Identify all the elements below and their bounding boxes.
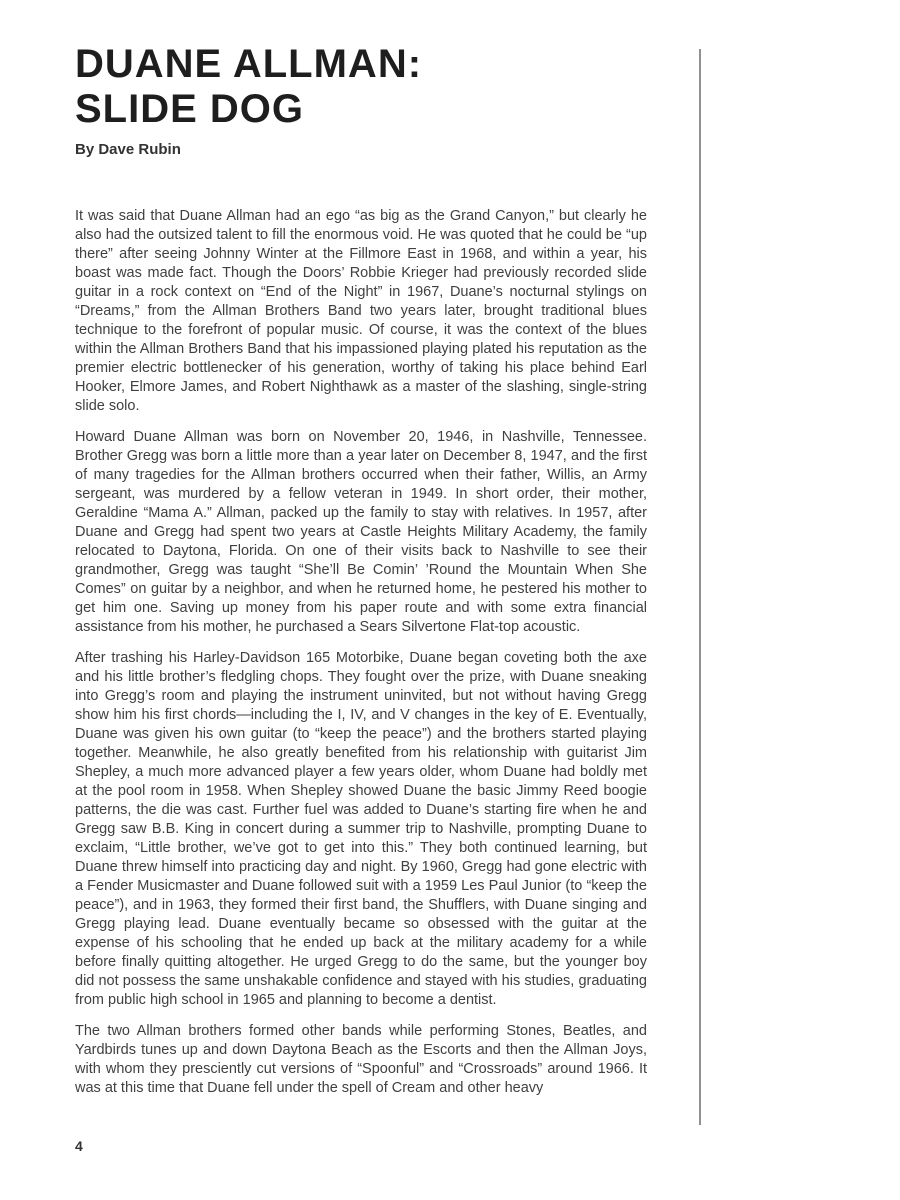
title-line-1: DUANE ALLMAN: <box>75 42 647 87</box>
article-body: It was said that Duane Allman had an ego… <box>75 207 647 1098</box>
article-content: DUANE ALLMAN: SLIDE DOG By Dave Rubin It… <box>75 42 647 1110</box>
byline: By Dave Rubin <box>75 141 647 158</box>
document-page: DUANE ALLMAN: SLIDE DOG By Dave Rubin It… <box>0 0 900 1200</box>
paragraph-4: The two Allman brothers formed other ban… <box>75 1022 647 1098</box>
paragraph-3: After trashing his Harley-Davidson 165 M… <box>75 649 647 1010</box>
article-title: DUANE ALLMAN: SLIDE DOG <box>75 42 647 132</box>
paragraph-2: Howard Duane Allman was born on November… <box>75 428 647 637</box>
page-number: 4 <box>75 1138 83 1154</box>
title-line-2: SLIDE DOG <box>75 87 647 132</box>
vertical-divider <box>699 49 701 1125</box>
paragraph-1: It was said that Duane Allman had an ego… <box>75 207 647 416</box>
